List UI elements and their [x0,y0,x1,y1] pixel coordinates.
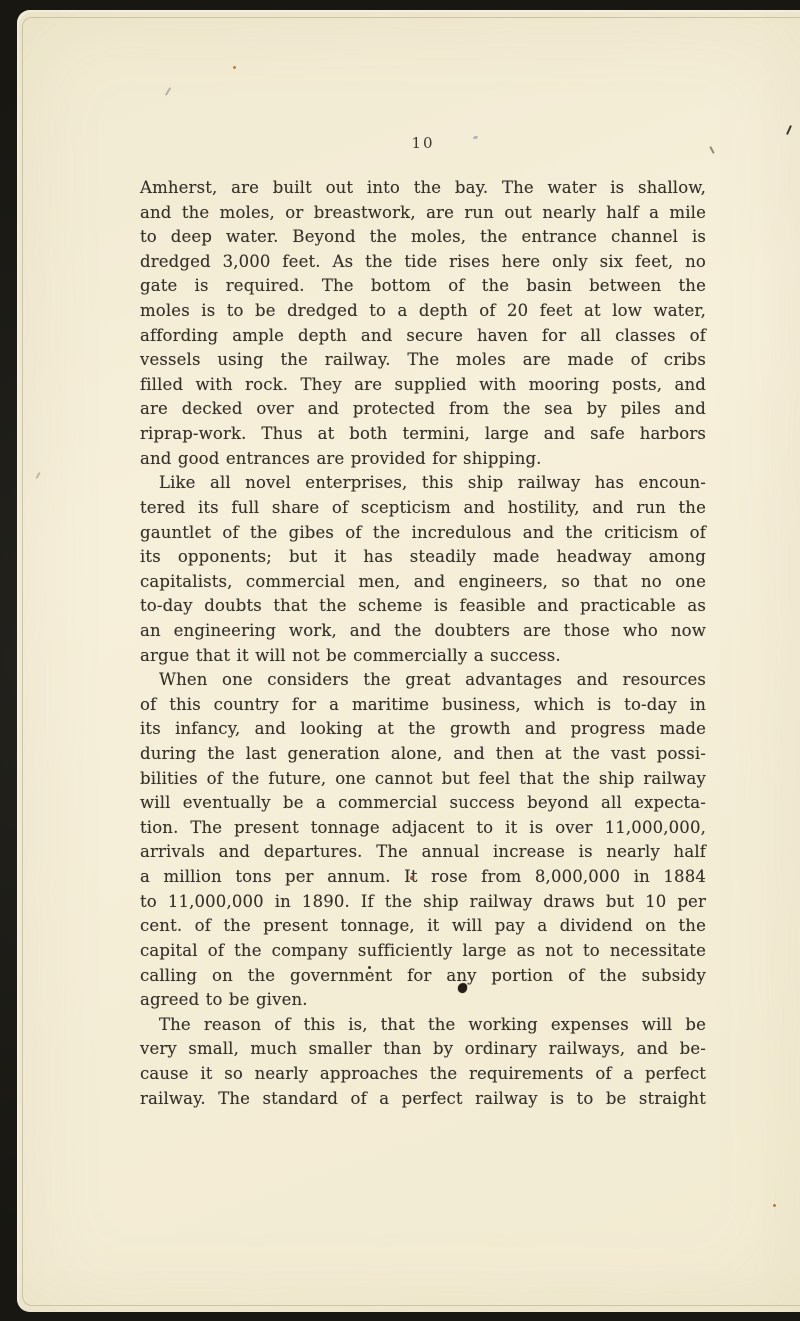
text-line: capitalists, commercial men, and enginee… [140,570,706,595]
paragraph: Like all novel enterprises, this ship ra… [140,471,706,668]
paragraph: The reason of this is, that the working … [140,1013,706,1111]
page-number: 10 [140,134,706,152]
text-line: moles is to be dredged to a depth of 20 … [140,299,706,324]
text-line: to deep water. Beyond the moles, the ent… [140,225,706,250]
text-line: bilities of the future, one cannot but f… [140,767,706,792]
text-line: of this country for a maritime business,… [140,693,706,718]
text-line: its opponents; but it has steadily made … [140,545,706,570]
pen-slash-artifact [709,146,715,154]
text-line: tered its full share of scepticism and h… [140,496,706,521]
text-line: and the moles, or breastwork, are run ou… [140,201,706,226]
text-line: Amherst, are built out into the bay. The… [140,176,706,201]
pencil-slash-artifact [165,87,171,96]
text-line: to-day doubts that the scheme is feasibl… [140,594,706,619]
text-line: an engineering work, and the doubters ar… [140,619,706,644]
text-line: railway. The standard of a perfect railw… [140,1087,706,1112]
text-line: arrivals and departures. The annual incr… [140,840,706,865]
text-line: agreed to be given. [140,988,706,1013]
foxing-speck-artifact [773,1204,776,1207]
text-line: gauntlet of the gibes of the incredulous… [140,521,706,546]
text-line: its infancy, and looking at the growth a… [140,717,706,742]
text-line: riprap-work. Thus at both termini, large… [140,422,706,447]
text-line: calling on the government for any portio… [140,964,706,989]
text-line: and good entrances are provided for ship… [140,447,706,472]
text-block: Amherst, are built out into the bay. The… [140,176,706,1111]
text-line: The reason of this is, that the working … [140,1013,706,1038]
paragraph: When one considers the great advantages … [140,668,706,1013]
text-line: dredged 3,000 feet. As the tide rises he… [140,250,706,275]
text-line: filled with rock. They are supplied with… [140,373,706,398]
text-line: cause it so nearly approaches the requir… [140,1062,706,1087]
text-line: Like all novel enterprises, this ship ra… [140,471,706,496]
paragraph: Amherst, are built out into the bay. The… [140,176,706,471]
text-line: cent. of the present tonnage, it will pa… [140,914,706,939]
text-line: tion. The present tonnage adjacent to it… [140,816,706,841]
text-line: will eventually be a commercial success … [140,791,706,816]
text-line: are decked over and protected from the s… [140,397,706,422]
text-line: affording ample depth and secure haven f… [140,324,706,349]
foxing-speck-artifact [233,66,236,69]
text-line: capital of the company sufficiently larg… [140,939,706,964]
text-line: very small, much smaller than by ordinar… [140,1037,706,1062]
text-line: argue that it will not be commercially a… [140,644,706,669]
text-line: vessels using the railway. The moles are… [140,348,706,373]
text-line: a million tons per annum. It rose from 8… [140,865,706,890]
text-line: When one considers the great advantages … [140,668,706,693]
pencil-slash-artifact [35,472,40,479]
text-line: to 11,000,000 in 1890. If the ship railw… [140,890,706,915]
text-line: gate is required. The bottom of the basi… [140,274,706,299]
book-page: 10 Amherst, are built out into the bay. … [17,10,800,1312]
pen-slash-artifact [786,125,792,135]
text-line: during the last generation alone, and th… [140,742,706,767]
